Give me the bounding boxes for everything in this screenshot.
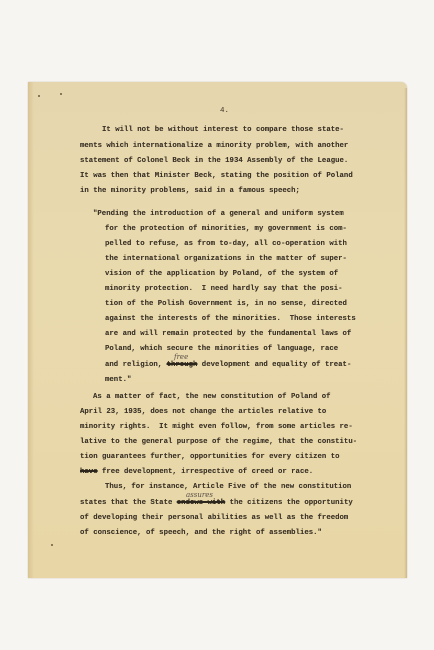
struck-word: through	[167, 361, 198, 369]
quote-line: against the interests of the minorities.…	[105, 315, 356, 323]
text-line: lative to the general purpose of the reg…	[80, 438, 357, 446]
quote-line: "Pending the introduction of a general a…	[93, 210, 344, 218]
text-segment: states that the State	[80, 499, 177, 507]
paper-speck	[38, 95, 40, 97]
text-line: in the minority problems, said in a famo…	[80, 187, 300, 195]
paper-speck	[60, 93, 62, 95]
text-segment: the citizens the opportunity	[225, 499, 353, 507]
text-line: of developing their personal abilities a…	[80, 514, 348, 522]
text-line: tion guarantees further, opportunities f…	[80, 453, 340, 461]
paper-speck	[51, 544, 53, 546]
struck-word: have	[80, 468, 98, 476]
text-segment: and religion,	[105, 361, 167, 369]
quote-line: are and will remain protected by the fun…	[105, 330, 351, 338]
text-line: It was then that Minister Beck, stating …	[80, 172, 353, 180]
text-line: It will not be without interest to compa…	[102, 126, 344, 134]
handwritten-insertion: free	[174, 353, 188, 361]
quote-line: vision of the application by Poland, of …	[105, 270, 338, 278]
text-line: minority rights. It might even follow, f…	[80, 423, 353, 431]
struck-word: endows with	[177, 499, 225, 507]
text-line-edited: have free development, irrespective of c…	[80, 468, 313, 476]
quote-line: ment."	[105, 376, 131, 384]
handwritten-insertion: assures	[186, 491, 213, 499]
text-line: As a matter of fact, the new constitutio…	[93, 393, 331, 401]
text-line: April 23, 1935, does not change the arti…	[80, 408, 326, 416]
text-line-edited: states that the State endows with the ci…	[80, 499, 353, 507]
quote-line: tion of the Polish Government is, in no …	[105, 300, 347, 308]
text-segment: development and equality of treat-	[197, 361, 351, 369]
quote-line: Poland, which secure the minorities of l…	[105, 345, 338, 353]
quote-line: for the protection of minorities, my gov…	[105, 225, 347, 233]
text-line: of conscience, of speech, and the right …	[80, 529, 322, 537]
page-number: 4.	[220, 107, 229, 115]
quote-line: minority protection. I need hardly say t…	[105, 285, 343, 293]
text-line: ments which internationalize a minority …	[80, 142, 348, 150]
text-segment: free development, irrespective of creed …	[98, 468, 314, 476]
quote-line: the international organizations in the m…	[105, 255, 347, 263]
text-line: statement of Colonel Beck in the 1934 As…	[80, 157, 348, 165]
quote-line-edited: and religion, through development and eq…	[105, 361, 351, 369]
quote-line: pelled to refuse, as from to-day, all co…	[105, 240, 347, 248]
text-line: Thus, for instance, Article Five of the …	[105, 483, 351, 491]
